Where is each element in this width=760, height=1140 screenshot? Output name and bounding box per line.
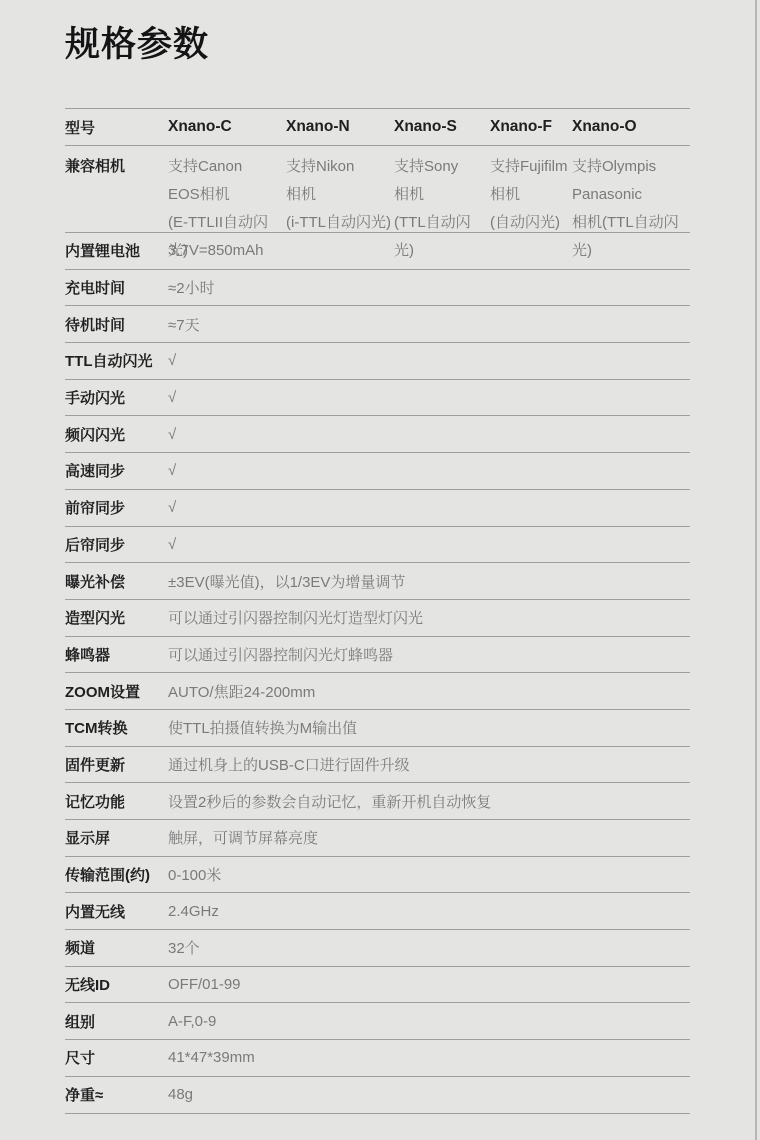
spec-label: 蜂鸣器 bbox=[65, 644, 168, 665]
spec-label: 传输范围(约) bbox=[65, 864, 168, 885]
spec-table: 型号 Xnano-C Xnano-N Xnano-S Xnano-F Xnano… bbox=[65, 108, 690, 1114]
spec-label: TTL自动闪光 bbox=[65, 350, 168, 371]
spec-label: TCM转换 bbox=[65, 717, 168, 738]
spec-value: 触屏，可调节屏幕亮度 bbox=[168, 827, 690, 848]
spec-row: 频道32个 bbox=[65, 930, 690, 967]
spec-row: 记忆功能设置2秒后的参数会自动记忆，重新开机自动恢复 bbox=[65, 783, 690, 820]
spec-label: 造型闪光 bbox=[65, 607, 168, 628]
spec-value: 41*47*39mm bbox=[168, 1049, 690, 1066]
spec-row: 组别A-F,0-9 bbox=[65, 1003, 690, 1040]
spec-label: 手动闪光 bbox=[65, 387, 168, 408]
compatible-camera-row: 兼容相机 支持Canon EOS相机 (E-TTLII自动闪光) 支持Nikon… bbox=[65, 146, 690, 233]
spec-label: 无线ID bbox=[65, 974, 168, 995]
spec-value: 通过机身上的USB-C口进行固件升级 bbox=[168, 754, 690, 775]
spec-label: ZOOM设置 bbox=[65, 681, 168, 702]
page-right-edge bbox=[755, 0, 757, 1140]
spec-label: 频闪闪光 bbox=[65, 424, 168, 445]
spec-row: 净重≈48g bbox=[65, 1077, 690, 1114]
spec-label: 显示屏 bbox=[65, 827, 168, 848]
spec-row: 后帘同步√ bbox=[65, 527, 690, 564]
spec-value: 32个 bbox=[168, 937, 690, 958]
spec-row: 前帘同步√ bbox=[65, 490, 690, 527]
spec-page: 规格参数 型号 Xnano-C Xnano-N Xnano-S Xnano-F … bbox=[0, 0, 760, 1114]
spec-value: √ bbox=[168, 536, 690, 553]
spec-label: 前帘同步 bbox=[65, 497, 168, 518]
spec-row: 内置无线2.4GHz bbox=[65, 893, 690, 930]
spec-row: 高速同步√ bbox=[65, 453, 690, 490]
spec-row: 显示屏触屏，可调节屏幕亮度 bbox=[65, 820, 690, 857]
spec-label: 后帘同步 bbox=[65, 534, 168, 555]
spec-label: 固件更新 bbox=[65, 754, 168, 775]
spec-value: √ bbox=[168, 462, 690, 479]
spec-label: 净重≈ bbox=[65, 1084, 168, 1105]
spec-row: TTL自动闪光√ bbox=[65, 343, 690, 380]
page-title: 规格参数 bbox=[65, 0, 690, 67]
spec-value: √ bbox=[168, 389, 690, 406]
spec-label: 曝光补偿 bbox=[65, 571, 168, 592]
spec-value: ±3EV(曝光值)，以1/3EV为增量调节 bbox=[168, 571, 690, 592]
spec-row: TCM转换使TTL拍摄值转换为M输出值 bbox=[65, 710, 690, 747]
spec-value: 0-100米 bbox=[168, 864, 690, 885]
spec-row: 传输范围(约)0-100米 bbox=[65, 857, 690, 894]
spec-label: 记忆功能 bbox=[65, 791, 168, 812]
header-label-model: 型号 bbox=[65, 117, 168, 138]
spec-label: 充电时间 bbox=[65, 277, 168, 298]
camera-cell-fujifilm: 支持Fujifilm 相机 (自动闪光) bbox=[490, 153, 572, 237]
model-name-xnano-n: Xnano-N bbox=[286, 118, 394, 136]
spec-row: 曝光补偿±3EV(曝光值)，以1/3EV为增量调节 bbox=[65, 563, 690, 600]
spec-row: 频闪闪光√ bbox=[65, 416, 690, 453]
spec-value: AUTO/焦距24-200mm bbox=[168, 681, 690, 702]
spec-label: 待机时间 bbox=[65, 314, 168, 335]
spec-label: 组别 bbox=[65, 1011, 168, 1032]
model-name-xnano-f: Xnano-F bbox=[490, 118, 572, 136]
camera-row-label: 兼容相机 bbox=[65, 153, 168, 181]
spec-label: 频道 bbox=[65, 937, 168, 958]
spec-value: 设置2秒后的参数会自动记忆，重新开机自动恢复 bbox=[168, 791, 690, 812]
spec-value: A-F,0-9 bbox=[168, 1013, 690, 1030]
spec-label: 高速同步 bbox=[65, 460, 168, 481]
spec-row: 固件更新通过机身上的USB-C口进行固件升级 bbox=[65, 747, 690, 784]
spec-row: 蜂鸣器可以通过引闪器控制闪光灯蜂鸣器 bbox=[65, 637, 690, 674]
spec-label: 内置锂电池 bbox=[65, 240, 168, 261]
spec-row: 尺寸41*47*39mm bbox=[65, 1040, 690, 1077]
spec-row: 待机时间≈7天 bbox=[65, 306, 690, 343]
model-name-xnano-c: Xnano-C bbox=[168, 118, 286, 136]
model-name-xnano-s: Xnano-S bbox=[394, 118, 490, 136]
spec-rows: 内置锂电池3.7V=850mAh充电时间≈2小时待机时间≈7天TTL自动闪光√手… bbox=[65, 233, 690, 1114]
spec-value: 可以通过引闪器控制闪光灯蜂鸣器 bbox=[168, 644, 690, 665]
spec-value: ≈7天 bbox=[168, 314, 690, 335]
spec-label: 尺寸 bbox=[65, 1047, 168, 1068]
spec-value: 可以通过引闪器控制闪光灯造型灯闪光 bbox=[168, 607, 690, 628]
spec-value: 使TTL拍摄值转换为M输出值 bbox=[168, 717, 690, 738]
spec-value: ≈2小时 bbox=[168, 277, 690, 298]
spec-value: 48g bbox=[168, 1086, 690, 1103]
spec-value: √ bbox=[168, 352, 690, 369]
model-name-xnano-o: Xnano-O bbox=[572, 118, 690, 136]
camera-cell-nikon: 支持Nikon 相机 (i-TTL自动闪光) bbox=[286, 153, 394, 237]
spec-row: 造型闪光可以通过引闪器控制闪光灯造型灯闪光 bbox=[65, 600, 690, 637]
spec-value: √ bbox=[168, 426, 690, 443]
spec-value: √ bbox=[168, 499, 690, 516]
spec-value: 2.4GHz bbox=[168, 903, 690, 920]
spec-row: 无线IDOFF/01-99 bbox=[65, 967, 690, 1004]
spec-label: 内置无线 bbox=[65, 901, 168, 922]
spec-value: 3.7V=850mAh bbox=[168, 242, 690, 259]
spec-row: 充电时间≈2小时 bbox=[65, 270, 690, 307]
table-header-row: 型号 Xnano-C Xnano-N Xnano-S Xnano-F Xnano… bbox=[65, 109, 690, 146]
spec-row: ZOOM设置AUTO/焦距24-200mm bbox=[65, 673, 690, 710]
spec-row: 手动闪光√ bbox=[65, 380, 690, 417]
spec-value: OFF/01-99 bbox=[168, 976, 690, 993]
